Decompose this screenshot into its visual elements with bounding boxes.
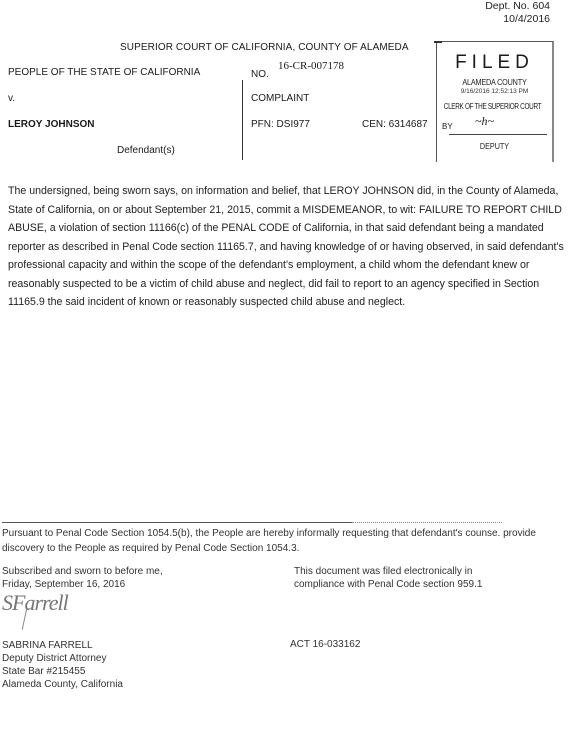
signature: SFarrell <box>2 590 68 616</box>
dept-number: Dept. No. 604 <box>485 0 550 13</box>
stamp-corner <box>434 41 442 43</box>
footer-divider-dots <box>352 522 502 523</box>
stamp-signature-line <box>449 134 547 135</box>
caption-divider <box>242 80 243 160</box>
stamp-county: ALAMEDA COUNTY <box>446 77 544 87</box>
efiled-notice: This document was filed electronically i… <box>294 565 482 591</box>
header-date: 10/4/2016 <box>485 13 550 26</box>
stamp-clerk: CLERK OF THE SUPERIOR COURT <box>440 102 545 111</box>
stamp-deputy: DEPUTY <box>443 142 547 151</box>
document-type: COMPLAINT <box>251 92 309 105</box>
defendants-label: Defendant(s) <box>117 144 175 157</box>
subscribed-block: Subscribed and sworn to before me, Frida… <box>2 565 163 591</box>
court-title: SUPERIOR COURT OF CALIFORNIA, COUNTY OF … <box>120 41 409 54</box>
stamp-title: FILED <box>437 52 552 74</box>
signer-county: Alameda County, California <box>2 678 123 691</box>
stamp-datetime: 9/16/2016 12:52:13 PM <box>437 88 552 95</box>
signer-block: SABRINA FARRELL Deputy District Attorney… <box>2 639 123 691</box>
efiled-line-2: compliance with Penal Code section 959.1 <box>294 578 482 591</box>
pfn: PFN: DSI977 <box>251 118 310 131</box>
plaintiff: PEOPLE OF THE STATE OF CALIFORNIA <box>8 66 200 79</box>
versus: v. <box>8 92 15 105</box>
complaint-body: The undersigned, being sworn says, on in… <box>8 182 568 312</box>
stamp-signature-icon: ~h~ <box>475 114 494 129</box>
cen: CEN: 6314687 <box>362 118 428 131</box>
filed-stamp: FILED ALAMEDA COUNTY 9/16/2016 12:52:13 … <box>436 41 554 162</box>
signer-title: Deputy District Attorney <box>2 652 123 665</box>
efiled-line-1: This document was filed electronically i… <box>294 565 482 578</box>
subscribed-line: Subscribed and sworn to before me, <box>2 565 163 578</box>
case-number-label: NO. <box>251 68 269 81</box>
act-number: ACT 16-033162 <box>290 639 360 650</box>
stamp-by-label: BY <box>442 122 453 131</box>
discovery-request: Pursuant to Penal Code Section 1054.5(b)… <box>2 526 562 556</box>
case-number: 16-CR-007178 <box>278 60 344 73</box>
signer-bar: State Bar #215455 <box>2 665 123 678</box>
defendant-name: LEROY JOHNSON <box>8 118 95 131</box>
footer-divider <box>2 522 352 523</box>
dept-header: Dept. No. 604 10/4/2016 <box>485 0 550 26</box>
signer-name: SABRINA FARRELL <box>2 639 123 652</box>
